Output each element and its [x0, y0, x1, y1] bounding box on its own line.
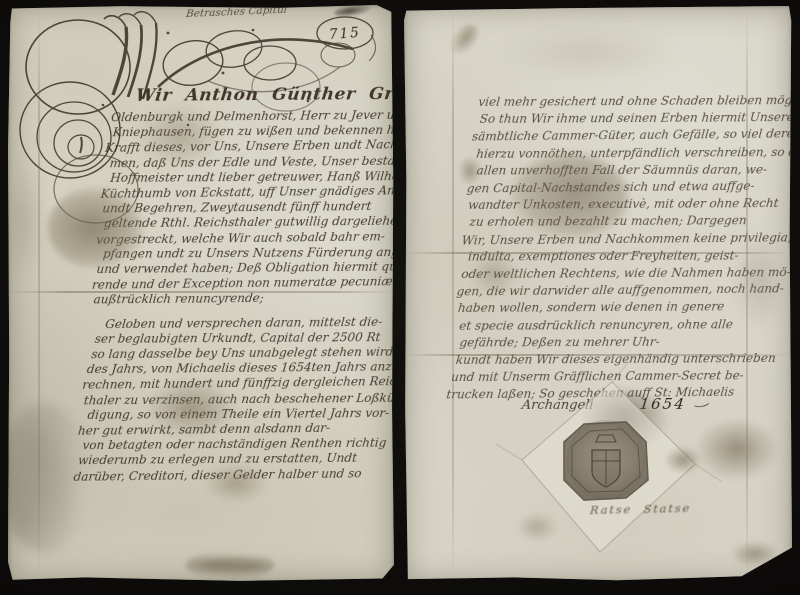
left-text-block: Oldenburgk und Delmenhorst, Herr zu Jeve… — [76, 108, 394, 484]
left-page: Betrasches Capitul 715 Wir Anthon Günthe… — [8, 5, 394, 582]
manuscript-line: allen unverhofften Fall der Säumnüs dara… — [476, 161, 792, 179]
stain — [492, 24, 682, 80]
stain — [730, 540, 780, 568]
manuscript-line: Wir, Unsere Erben und Nachkommen keine p… — [461, 229, 781, 249]
manuscript-line: hierzu vonnöthen, unterpfändlich verschr… — [475, 144, 792, 163]
manuscript-line: zu erholen und bezahlt zu machen; Dargeg… — [469, 212, 789, 231]
manuscript-line: viel mehr gesichert und ohne Schaden ble… — [478, 92, 792, 111]
fold-crease — [452, 6, 454, 582]
manuscript-line: et specie ausdrücklich renuncyren, ohne … — [458, 316, 778, 335]
right-text-block: viel mehr gesichert und ohne Schaden ble… — [449, 92, 792, 404]
opening-line: Wir Anthon Günther Graff Zu — [135, 84, 394, 106]
manuscript-line: außtrücklich renuncyrende; — [93, 290, 394, 308]
archival-note: Ratse Statse — [590, 501, 692, 517]
manuscript-line: darüber, Creditori, dieser Gelder halber… — [73, 466, 377, 485]
seal-impression — [564, 420, 648, 500]
manuscript-line: indulta, exemptiones oder Freyheiten, ge… — [467, 247, 787, 265]
manuscript-line: haben wollen, sondern wie denen in gener… — [457, 298, 777, 317]
manuscript-line: gefährde; Deßen zu mehrer Uhr- — [459, 333, 779, 351]
pen-mark — [443, 18, 484, 61]
wax-seal — [512, 372, 707, 567]
manuscript-line: kundt haben Wir dieses eigenhändig unter… — [455, 350, 775, 369]
stain — [696, 418, 778, 480]
right-page: viel mehr gesichert und ohne Schaden ble… — [404, 6, 792, 582]
manuscript-line: wandter Unkosten, executivè, mit oder oh… — [467, 195, 787, 214]
stain — [186, 551, 274, 579]
page-number: 715 — [318, 19, 372, 51]
manuscript-photo: Betrasches Capitul 715 Wir Anthon Günthe… — [0, 0, 800, 595]
